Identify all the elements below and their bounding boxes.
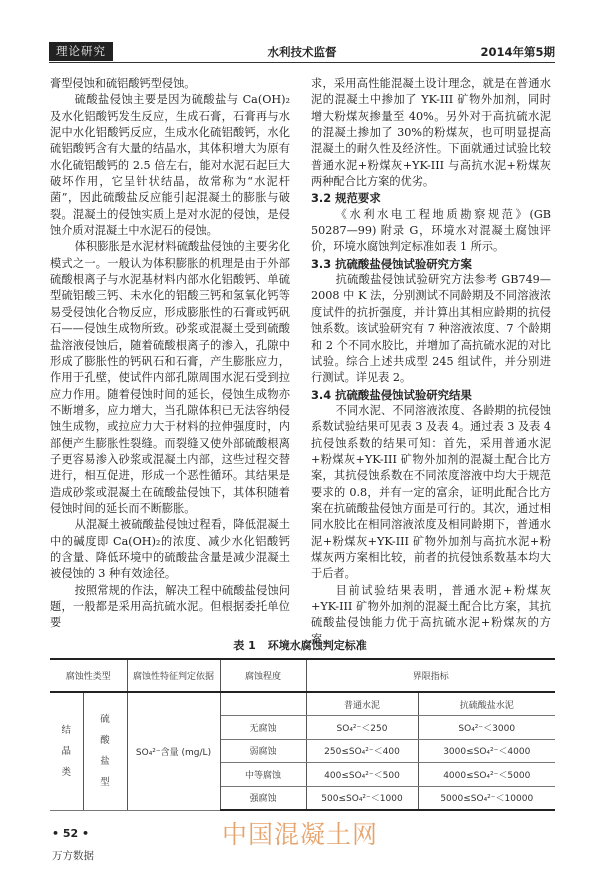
paragraph: 不同水泥、不同溶液浓度、各龄期的抗侵蚀系数试验结果可见表 3 及表 4。通过表 … — [311, 403, 551, 583]
ordinary-limit-cell: 500≤SO₄²⁻＜1000 — [306, 786, 418, 810]
type-outer-cell: 结晶类 — [50, 692, 83, 810]
type-outer: 结晶类 — [62, 720, 72, 783]
ordinary-limit-cell: 400≤SO₄²⁻＜500 — [306, 763, 418, 787]
resistant-limit-cell: 4000≤SO₄²⁻＜5000 — [418, 763, 555, 787]
paragraph: 按照常规的作法，解决工程中硫酸盐侵蚀问题，一般都是采用高抗硫水泥。但根据委托单位… — [50, 583, 290, 632]
section-heading-3-4: 3.4 抗硫酸盐侵蚀试验研究结果 — [311, 387, 551, 403]
table-subheader-row: 结晶类 硫酸盐型 SO₄²⁻含量 (mg/L) 普通水泥 抗硫酸盐水泥 — [50, 692, 555, 716]
resistant-limit-cell: 5000≤SO₄²⁻＜10000 — [418, 786, 555, 810]
left-column: 膏型侵蚀和硫铝酸钙型侵蚀。 硫酸盐侵蚀主要是因为硫酸盐与 Ca(OH)₂及水化铝… — [50, 76, 290, 632]
header-rule — [49, 62, 555, 63]
header-degree: 腐蚀程度 — [220, 659, 306, 692]
journal-title: 水利技术监督 — [49, 44, 555, 60]
ordinary-limit-cell: SO₄²⁻＜250 — [306, 716, 418, 740]
degree-cell: 弱腐蚀 — [220, 739, 306, 763]
ordinary-limit-cell: 250≤SO₄²⁻＜400 — [306, 739, 418, 763]
resistant-limit-cell: SO₄²⁻＜3000 — [418, 716, 555, 740]
running-header: 理论研究 水利技术监督 2014年第5期 — [49, 42, 555, 62]
watermark: 中国混凝土网 — [0, 815, 600, 851]
table-title: 环境水腐蚀判定标准 — [268, 639, 367, 652]
right-column: 求，采用高性能混凝土设计理念，就是在普通水泥的混凝土中掺加了 YK-III 矿物… — [311, 76, 551, 648]
table-number: 表 1 — [233, 639, 255, 652]
header-basis: 腐蚀性特征判定依据 — [127, 659, 220, 692]
subheader-ordinary: 普通水泥 — [306, 692, 418, 716]
paragraph: 抗硫酸盐侵蚀试验研究方法参考 GB749—2008 中 K 法，分别测试不同龄期… — [311, 272, 551, 386]
header-limits: 界限指标 — [306, 659, 555, 692]
paragraph: 膏型侵蚀和硫铝酸钙型侵蚀。 — [50, 76, 290, 92]
corrosion-criteria-table: 腐蚀性类型 腐蚀性特征判定依据 腐蚀程度 界限指标 结晶类 硫酸盐型 SO₄²⁻… — [50, 658, 555, 811]
section-heading-3-2: 3.2 规范要求 — [311, 190, 551, 206]
section-heading-3-3: 3.3 抗硫酸盐侵蚀试验研究方案 — [311, 256, 551, 272]
resistant-limit-cell: 3000≤SO₄²⁻＜4000 — [418, 739, 555, 763]
degree-empty-cell — [220, 692, 306, 716]
paragraph: 体积膨胀是水泥材料硫酸盐侵蚀的主要劣化模式之一。一般认为体积膨胀的机理是由于外部… — [50, 239, 290, 517]
paragraph: 从混凝土被硫酸盐侵蚀过程看，降低混凝土中的碱度即 Ca(OH)₂的浓度、减少水化… — [50, 517, 290, 582]
subheader-sulfate-resistant: 抗硫酸盐水泥 — [418, 692, 555, 716]
paragraph: 硫酸盐侵蚀主要是因为硫酸盐与 Ca(OH)₂及水化铝酸钙发生反应，生成石膏，石膏… — [50, 92, 290, 239]
type-inner: 硫酸盐型 — [100, 709, 110, 793]
paragraph: 求，采用高性能混凝土设计理念，就是在普通水泥的混凝土中掺加了 YK-III 矿物… — [311, 76, 551, 190]
degree-cell: 无腐蚀 — [220, 716, 306, 740]
issue-label: 2014年第5期 — [480, 44, 555, 60]
table-header-row: 腐蚀性类型 腐蚀性特征判定依据 腐蚀程度 界限指标 — [50, 659, 555, 692]
paragraph: 《水利水电工程地质勘察规范》(GB 50287—99) 附录 G，环境水对混凝土… — [311, 207, 551, 256]
header-type: 腐蚀性类型 — [50, 659, 127, 692]
type-inner-cell: 硫酸盐型 — [83, 692, 127, 810]
table-caption: 表 1环境水腐蚀判定标准 — [0, 637, 600, 653]
basis-cell: SO₄²⁻含量 (mg/L) — [127, 692, 220, 810]
degree-cell: 强腐蚀 — [220, 786, 306, 810]
degree-cell: 中等腐蚀 — [220, 763, 306, 787]
source-label: 万方数据 — [52, 848, 94, 863]
